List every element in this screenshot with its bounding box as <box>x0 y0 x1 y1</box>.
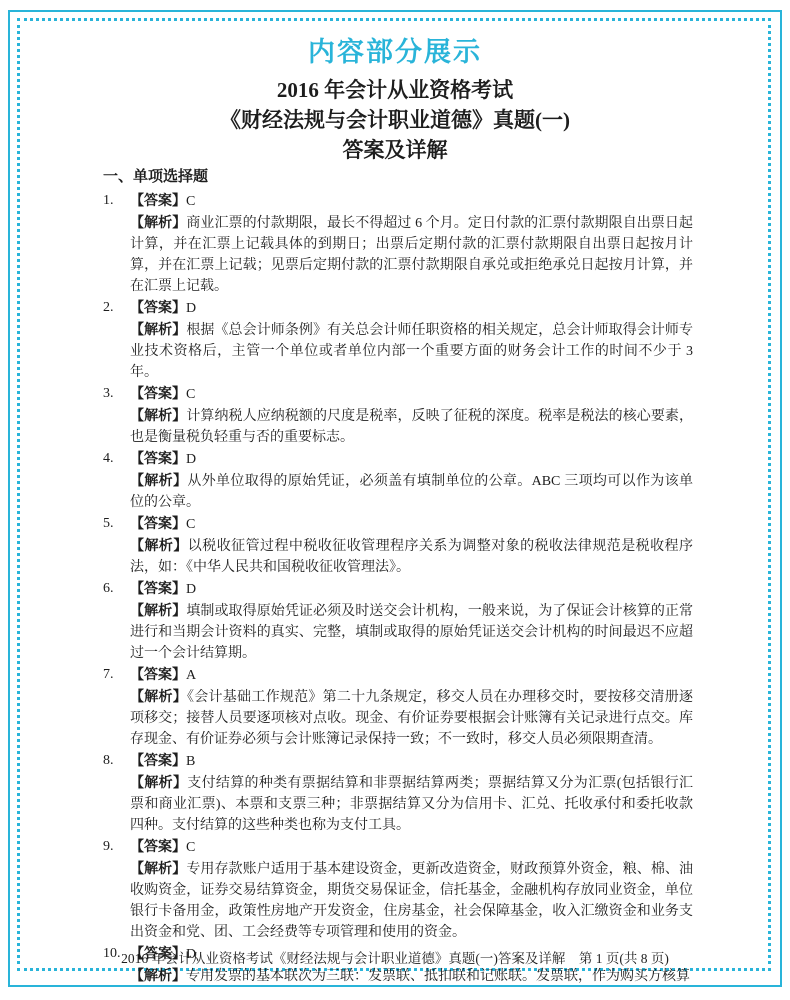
analysis-label: 【解析】 <box>130 537 188 553</box>
item-body: 【答案】B 【解析】支付结算的种类有票据结算和非票据结算两类；票据结算又分为汇票… <box>130 750 693 836</box>
answer-line: 【答案】D <box>130 297 693 319</box>
item-number: 4. <box>103 448 130 469</box>
answer-line: 【答案】C <box>130 836 693 858</box>
qa-item-9: 9. 【答案】C 【解析】专用存款账户适用于基本建设资金，更新改造资金，财政预算… <box>103 836 693 943</box>
title-line-2: 《财经法规与会计职业道德》真题(一) <box>0 105 790 135</box>
analysis-paragraph: 【解析】支付结算的种类有票据结算和非票据结算两类；票据结算又分为汇票(包括银行汇… <box>130 772 693 836</box>
qa-item-4: 4. 【答案】D 【解析】从外单位取得的原始凭证，必须盖有填制单位的公章。ABC… <box>103 448 693 513</box>
item-number: 2. <box>103 297 130 318</box>
analysis-paragraph: 【解析】根据《总会计师条例》有关总会计师任职资格的相关规定，总会计师取得会计师专… <box>130 319 693 383</box>
item-number: 3. <box>103 383 130 404</box>
answer-value: C <box>186 387 195 402</box>
answer-label: 【答案】 <box>130 450 186 466</box>
analysis-label: 【解析】 <box>130 407 186 423</box>
answer-line: 【答案】D <box>130 448 693 470</box>
analysis-label: 【解析】 <box>130 774 187 790</box>
answer-value: C <box>186 517 195 532</box>
answer-line: 【答案】C <box>130 513 693 535</box>
answer-line: 【答案】B <box>130 750 693 772</box>
analysis-text: 以税收征管过程中税收征收管理程序关系为调整对象的税收法律规范是税收程序法，如：《… <box>130 539 693 575</box>
item-number: 1. <box>103 190 130 211</box>
answer-value: D <box>186 301 196 316</box>
qa-item-2: 2. 【答案】D 【解析】根据《总会计师条例》有关总会计师任职资格的相关规定，总… <box>103 297 693 383</box>
answer-value: C <box>186 840 195 855</box>
item-number: 9. <box>103 836 130 857</box>
item-body: 【答案】D 【解析】填制或取得原始凭证必须及时送交会计机构，一般来说，为了保证会… <box>130 578 693 664</box>
analysis-text: 支付结算的种类有票据结算和非票据结算两类；票据结算又分为汇票(包括银行汇票和商业… <box>130 776 693 833</box>
answer-label: 【答案】 <box>130 192 186 208</box>
item-number: 6. <box>103 578 130 599</box>
answer-label: 【答案】 <box>130 515 186 531</box>
answer-label: 【答案】 <box>130 580 186 596</box>
item-body: 【答案】A 【解析】《会计基础工作规范》第二十九条规定，移交人员在办理移交时，要… <box>130 664 693 750</box>
analysis-paragraph: 【解析】《会计基础工作规范》第二十九条规定，移交人员在办理移交时，要按移交清册逐… <box>130 686 693 750</box>
analysis-text: 根据《总会计师条例》有关总会计师任职资格的相关规定，总会计师取得会计师专业技术资… <box>130 323 693 380</box>
analysis-paragraph: 【解析】计算纳税人应纳税额的尺度是税率，反映了征税的深度。税率是税法的核心要素，… <box>130 405 693 448</box>
answer-value: B <box>186 754 195 769</box>
answer-value: C <box>186 194 195 209</box>
item-body: 【答案】C 【解析】专用存款账户适用于基本建设资金，更新改造资金，财政预算外资金… <box>130 836 693 943</box>
title-line-3: 答案及详解 <box>0 135 790 165</box>
analysis-paragraph: 【解析】以税收征管过程中税收征收管理程序关系为调整对象的税收法律规范是税收程序法… <box>130 535 693 578</box>
answer-label: 【答案】 <box>130 299 186 315</box>
analysis-label: 【解析】 <box>130 860 186 876</box>
title-line-1: 2016 年会计从业资格考试 <box>0 75 790 105</box>
answer-line: 【答案】C <box>130 190 693 212</box>
page-footer: 2016 年会计从业资格考试《财经法规与会计职业道德》真题(一)答案及详解 第 … <box>0 947 790 967</box>
item-body: 【答案】C 【解析】以税收征管过程中税收征收管理程序关系为调整对象的税收法律规范… <box>130 513 693 578</box>
analysis-text: 从外单位取得的原始凭证，必须盖有填制单位的公章。ABC 三项均可以作为该单位的公… <box>130 474 693 510</box>
analysis-label: 【解析】 <box>130 688 187 704</box>
analysis-paragraph: 【解析】专用发票的基本联次为三联：发票联、抵扣联和记账联。发票联，作为购买方核算 <box>130 965 693 987</box>
analysis-text: 计算纳税人应纳税额的尺度是税率，反映了征税的深度。税率是税法的核心要素，也是衡量… <box>130 409 693 445</box>
qa-item-3: 3. 【答案】C 【解析】计算纳税人应纳税额的尺度是税率，反映了征税的深度。税率… <box>103 383 693 448</box>
item-number: 7. <box>103 664 130 685</box>
qa-item-1: 1. 【答案】C 【解析】商业汇票的付款期限，最长不得超过 6 个月。定日付款的… <box>103 190 693 297</box>
item-body: 【答案】C 【解析】计算纳税人应纳税额的尺度是税率，反映了征税的深度。税率是税法… <box>130 383 693 448</box>
analysis-paragraph: 【解析】商业汇票的付款期限，最长不得超过 6 个月。定日付款的汇票付款期限自出票… <box>130 212 693 297</box>
analysis-text: 《会计基础工作规范》第二十九条规定，移交人员在办理移交时，要按移交清册逐项移交；… <box>130 690 693 747</box>
analysis-label: 【解析】 <box>130 602 186 618</box>
answer-line: 【答案】C <box>130 383 693 405</box>
answer-label: 【答案】 <box>130 752 186 768</box>
answer-value: D <box>186 452 196 467</box>
analysis-label: 【解析】 <box>130 967 186 983</box>
item-number: 8. <box>103 750 130 771</box>
analysis-text: 填制或取得原始凭证必须及时送交会计机构，一般来说，为了保证会计核算的正常进行和当… <box>130 604 693 661</box>
answers-content: 一、单项选择题 1. 【答案】C 【解析】商业汇票的付款期限，最长不得超过 6 … <box>103 166 693 987</box>
analysis-text: 专用发票的基本联次为三联：发票联、抵扣联和记账联。发票联，作为购买方核算 <box>186 969 690 984</box>
analysis-text: 专用存款账户适用于基本建设资金，更新改造资金，财政预算外资金，粮、棉、油收购资金… <box>130 862 693 940</box>
analysis-paragraph: 【解析】专用存款账户适用于基本建设资金，更新改造资金，财政预算外资金，粮、棉、油… <box>130 858 693 943</box>
section-heading: 一、单项选择题 <box>103 166 693 188</box>
answer-line: 【答案】A <box>130 664 693 686</box>
answer-label: 【答案】 <box>130 666 186 682</box>
qa-item-7: 7. 【答案】A 【解析】《会计基础工作规范》第二十九条规定，移交人员在办理移交… <box>103 664 693 750</box>
analysis-text: 商业汇票的付款期限，最长不得超过 6 个月。定日付款的汇票付款期限自出票日起计算… <box>130 216 693 294</box>
answer-value: D <box>186 582 196 597</box>
answer-label: 【答案】 <box>130 385 186 401</box>
item-number: 5. <box>103 513 130 534</box>
analysis-label: 【解析】 <box>130 214 186 230</box>
answer-label: 【答案】 <box>130 838 186 854</box>
answer-value: A <box>186 668 196 683</box>
qa-item-8: 8. 【答案】B 【解析】支付结算的种类有票据结算和非票据结算两类；票据结算又分… <box>103 750 693 836</box>
content-preview-banner: 内容部分展示 <box>0 30 790 69</box>
qa-item-6: 6. 【答案】D 【解析】填制或取得原始凭证必须及时送交会计机构，一般来说，为了… <box>103 578 693 664</box>
document-title: 2016 年会计从业资格考试 《财经法规与会计职业道德》真题(一) 答案及详解 <box>0 75 790 165</box>
analysis-label: 【解析】 <box>130 321 186 337</box>
item-body: 【答案】D 【解析】根据《总会计师条例》有关总会计师任职资格的相关规定，总会计师… <box>130 297 693 383</box>
qa-item-5: 5. 【答案】C 【解析】以税收征管过程中税收征收管理程序关系为调整对象的税收法… <box>103 513 693 578</box>
analysis-label: 【解析】 <box>130 472 187 488</box>
analysis-paragraph: 【解析】从外单位取得的原始凭证，必须盖有填制单位的公章。ABC 三项均可以作为该… <box>130 470 693 513</box>
answer-line: 【答案】D <box>130 578 693 600</box>
item-body: 【答案】D 【解析】从外单位取得的原始凭证，必须盖有填制单位的公章。ABC 三项… <box>130 448 693 513</box>
analysis-paragraph: 【解析】填制或取得原始凭证必须及时送交会计机构，一般来说，为了保证会计核算的正常… <box>130 600 693 664</box>
item-body: 【答案】C 【解析】商业汇票的付款期限，最长不得超过 6 个月。定日付款的汇票付… <box>130 190 693 297</box>
